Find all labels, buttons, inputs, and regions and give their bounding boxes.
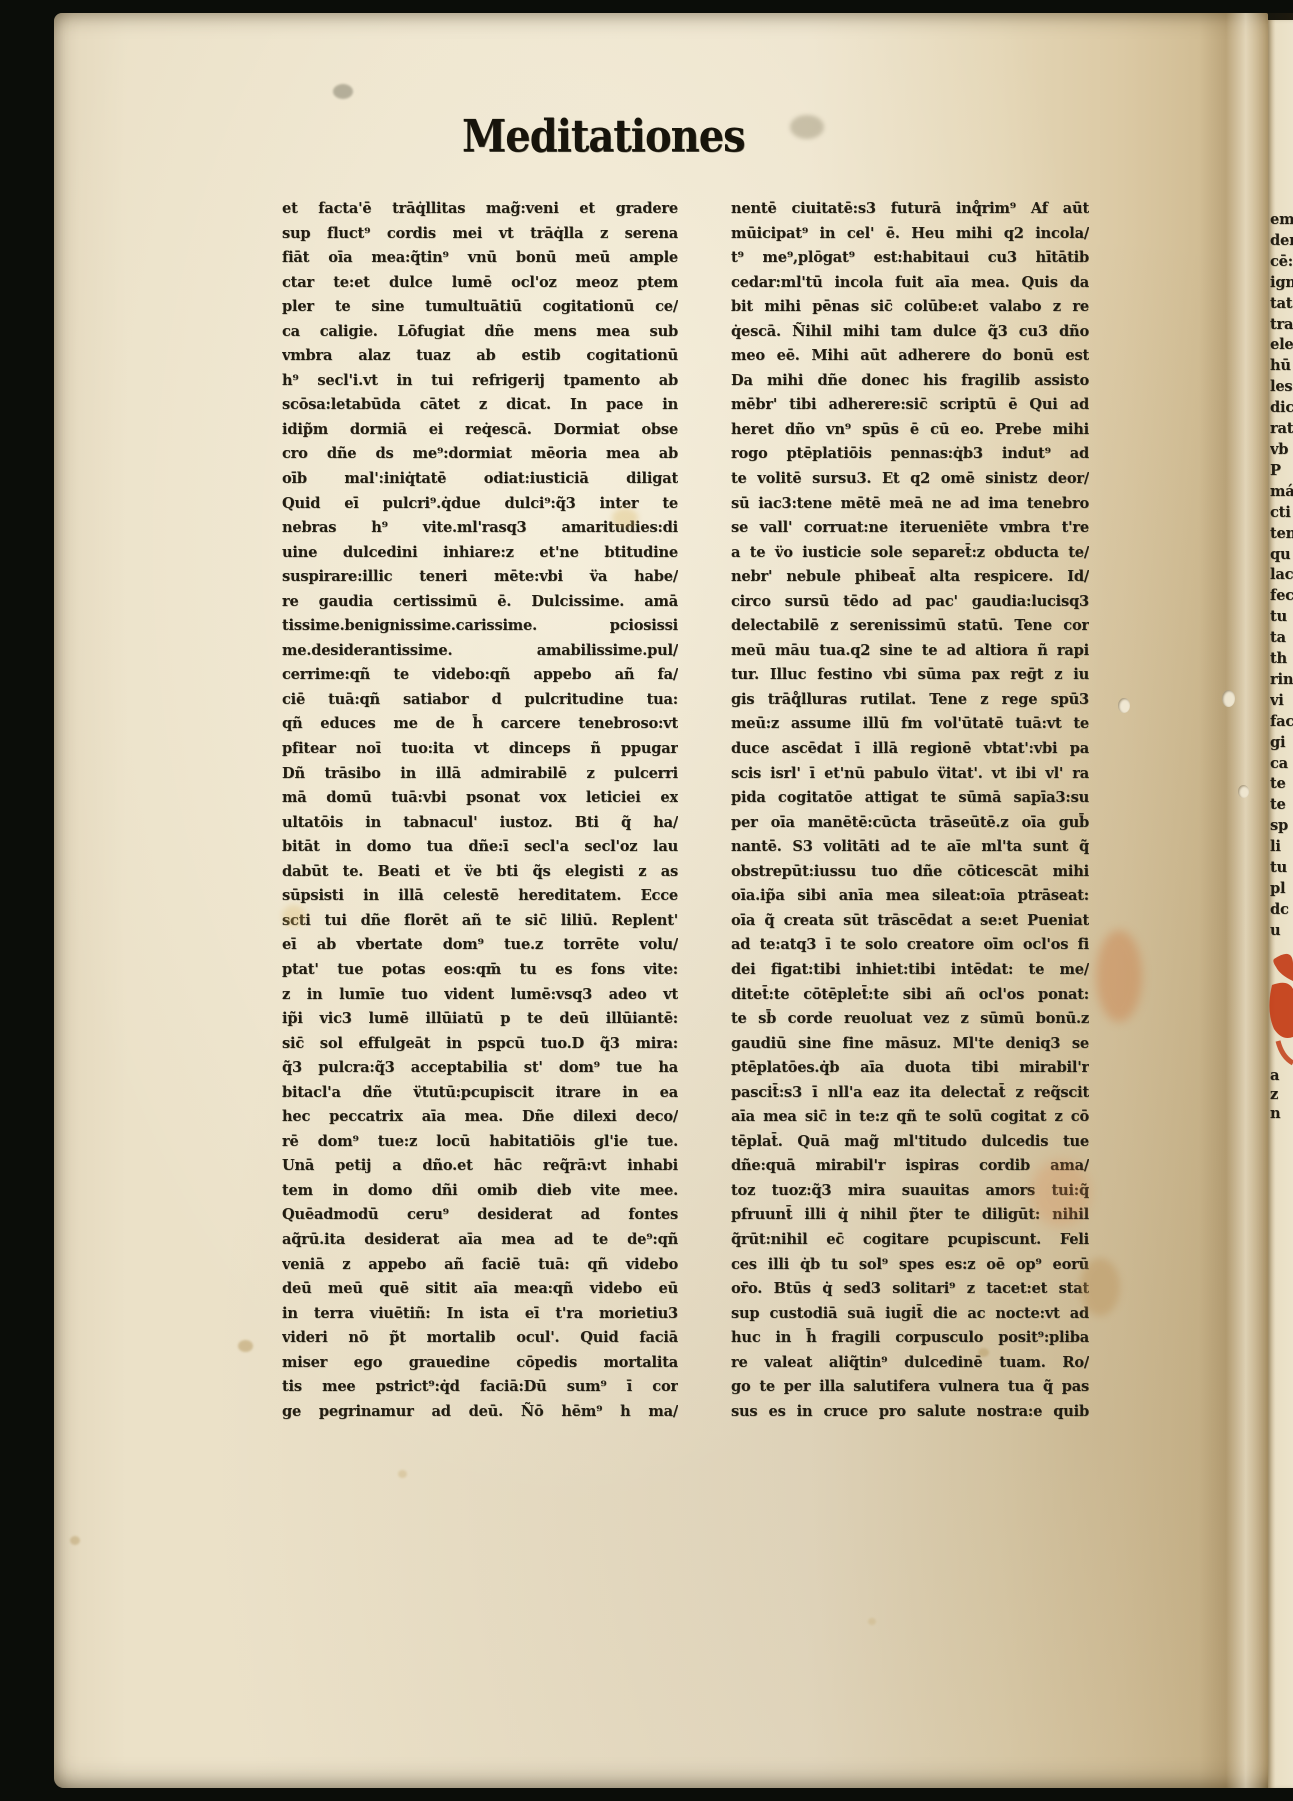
text-line: tem in domo dñi omib dieb vite mee.	[282, 1179, 678, 1204]
next-leaf-sliver: emdencē:igntattraelechūlesdicratvbPmácti…	[1268, 20, 1293, 1788]
text-line: uine dulcedini inhiare:z et'ne btitudine	[282, 541, 678, 566]
text-line: cē:	[1270, 252, 1293, 273]
text-line: nebr' nebule phibeat̄ alta respicere. Id…	[731, 565, 1089, 590]
text-line: ta	[1270, 628, 1293, 649]
next-leaf-fragments-upper: emdencē:igntattraelechūlesdicratvbPmácti…	[1270, 210, 1293, 942]
text-line: a	[1270, 1066, 1293, 1085]
text-line: obstrepūt:iussu tuo dñe cōticescāt mihi	[731, 860, 1089, 885]
text-line: or̄o. Btūs q̇ sed3 solitari⁹ z tacet:et …	[731, 1277, 1089, 1302]
text-line: lac	[1270, 565, 1293, 586]
text-line: te sb̄ corde reuoluat vez z sūmū bonū.z	[731, 1007, 1089, 1032]
text-line: duce ascēdat ī illā regionē vbtat':vbi p…	[731, 737, 1089, 762]
text-line: tu	[1270, 607, 1293, 628]
text-line: vb	[1270, 440, 1293, 461]
text-line: dñe:quā mirabil'r ispiras cordib ama/	[731, 1154, 1089, 1179]
text-line: meū:z assume illū fm vol'ūtatē tuā:vt te	[731, 712, 1089, 737]
text-line: ces illi q̇b tu sol⁹ spes es:z oē op⁹ eo…	[731, 1253, 1089, 1278]
text-line: tra	[1270, 315, 1293, 336]
text-line: deū meū quē sitit aīa mea:qñ videbo eū	[282, 1277, 678, 1302]
text-line: hū	[1270, 356, 1293, 377]
text-line: cro dñe ds me⁹:dormiat mēoria mea ab	[282, 442, 678, 467]
text-line: ptēplatōes.q̇b aīa duota tibi mirabil'r	[731, 1056, 1089, 1081]
text-line: qu	[1270, 545, 1293, 566]
text-line: sus es in cruce pro salute nostra:e quib	[731, 1400, 1089, 1425]
text-line: go te per illa salutifera vulnera tua q̃…	[731, 1375, 1089, 1400]
text-line: tat	[1270, 294, 1293, 315]
text-line: vi	[1270, 691, 1293, 712]
text-line: pida cogitatōe attigat te sūmā sapīa3:su	[731, 786, 1089, 811]
text-line: tur. Illuc festino vbi sūma pax reḡt z i…	[731, 663, 1089, 688]
text-line: les	[1270, 377, 1293, 398]
text-line: rat	[1270, 419, 1293, 440]
text-line: nebras h⁹ vite.ml'rasq3 amaritudies:di	[282, 516, 678, 541]
text-line: bitacl'a dñe v̈tutū:pcupiscit itrare in …	[282, 1081, 678, 1106]
text-line: P	[1270, 461, 1293, 482]
text-line: sūpsisti in illā celestē hereditatem. Ec…	[282, 884, 678, 909]
text-line: em	[1270, 210, 1293, 231]
text-line: h⁹ secl'i.vt in tui refrigerij tpamento …	[282, 369, 678, 394]
text-line: tu	[1270, 858, 1293, 879]
text-line: ca caligie. Lōfugiat dñe mens mea sub	[282, 320, 678, 345]
text-line: meū māu tua.q2 sine te ad altiora ñ rapi	[731, 639, 1089, 664]
text-line: per oīa manētē:cūcta trāseūtē.z oīa gub̄	[731, 811, 1089, 836]
text-line: aq̃rū.ita desiderat aīa mea ad te de⁹:qñ	[282, 1228, 678, 1253]
text-line: miser ego grauedine cōpedis mortalita	[282, 1351, 678, 1376]
text-line: hec peccatrix aīa mea. Dñe dilexi deco/	[282, 1105, 678, 1130]
text-line: vmbra alaz tuaz ab estib cogitationū	[282, 344, 678, 369]
text-line: scōsa:letabūda cātet z dicat. In pace in	[282, 393, 678, 418]
text-line: suspirare:illic teneri mēte:vbi v̈a habe…	[282, 565, 678, 590]
text-line: oīb mal':iniq̇tatē odiat:iusticiā diliga…	[282, 467, 678, 492]
text-line: nantē. S3 volitāti ad te aīe ml'ta sunt …	[731, 835, 1089, 860]
text-line: Unā petij a dño.et hāc req̃rā:vt inhabi	[282, 1154, 678, 1179]
text-line: toz tuoz:q̃3 mira suauitas amors tui:q̃	[731, 1179, 1089, 1204]
text-column-right: nentē ciuitatē:s3 futurā inq̊rim⁹ Af aūt…	[731, 197, 1089, 1424]
text-line: re valeat aliq̃tin⁹ dulcedinē tuam. Ro/	[731, 1351, 1089, 1376]
text-line: te	[1270, 795, 1293, 816]
text-line: t⁹ me⁹,plōgat⁹ est:habitaui cu3 hītātib	[731, 246, 1089, 271]
text-line: huc in h̄ fragili corpusculo posit⁹:plib…	[731, 1326, 1089, 1351]
text-line: ign	[1270, 273, 1293, 294]
text-line: cerrime:qñ te videbo:qñ appebo añ fa/	[282, 663, 678, 688]
text-line: dabūt te. Beati et v̈e bti q̃s elegisti …	[282, 860, 678, 885]
text-line: q̃3 pulcra:q̃3 acceptabilia st' dom⁹ tue…	[282, 1056, 678, 1081]
text-line: meo eē. Mihi aūt adherere do bonū est	[731, 344, 1089, 369]
text-line: ultatōis in tabnacul' iustoz. Bti q̃ ha/	[282, 811, 678, 836]
photo-of-incunable-page: { "page": { "title": "Meditationes", "co…	[0, 0, 1293, 1801]
text-line: tēplat̄. Quā mag̃ ml'titudo dulcedis tue	[731, 1130, 1089, 1155]
text-line: in terra viuētiñ: In ista eī t'ra moriet…	[282, 1302, 678, 1327]
text-line: rogo ptēplatiōis pennas:q̇b3 indut⁹ ad	[731, 442, 1089, 467]
text-line: pler te sine tumultuātiū cogitationū ce/	[282, 295, 678, 320]
text-line: ge pegrinamur ad deū. Ñō hēm⁹ h ma/	[282, 1400, 678, 1425]
text-line: cti	[1270, 503, 1293, 524]
text-line: z in lumīe tuo vident lumē:vsq3 adeo vt	[282, 983, 678, 1008]
text-line: rē dom⁹ tue:z locū habitatiōis gl'ie tue…	[282, 1130, 678, 1155]
text-line: se vall' corruat:ne iterueniēte vmbra t'…	[731, 516, 1089, 541]
text-line: sup fluct⁹ cordis mei vt trāq̇lla z sere…	[282, 222, 678, 247]
text-line: aīa mea sic̄ in te:z qñ te solū cogitat …	[731, 1105, 1089, 1130]
text-line: re gaudia certissimū ē. Dulcissime. amā	[282, 590, 678, 615]
text-line: Dñ trāsibo in illā admirabilē z pulcerri	[282, 762, 678, 787]
text-line: ctar te:et dulce lumē ocl'oz meoz ptem	[282, 271, 678, 296]
text-line: eī ab vbertate dom⁹ tue.z torrēte volu/	[282, 933, 678, 958]
text-line: elec	[1270, 335, 1293, 356]
text-line: tissime.benignissime.carissime. pciosiss…	[282, 614, 678, 639]
text-line: pfruunt̄ illi q̇ nihil p̃ter te diligūt:…	[731, 1203, 1089, 1228]
text-line: z	[1270, 1085, 1293, 1104]
text-line: fac	[1270, 712, 1293, 733]
text-line: Quid eī pulcri⁹.q̇due dulci⁹:q̃3 inter t…	[282, 492, 678, 517]
red-lombard-initial	[1268, 945, 1293, 1075]
text-line: li	[1270, 837, 1293, 858]
text-line: fec	[1270, 586, 1293, 607]
text-line: nentē ciuitatē:s3 futurā inq̊rim⁹ Af aūt	[731, 197, 1089, 222]
text-line: th	[1270, 649, 1293, 670]
text-line: dei figat:tibi inhiet:tibi intēdat: te m…	[731, 958, 1089, 983]
text-line: n	[1270, 1104, 1293, 1123]
text-line: dic	[1270, 398, 1293, 419]
text-line: pascit̄:s3 ī nll'a eaz ita delectat̄ z r…	[731, 1081, 1089, 1106]
text-line: sp	[1270, 816, 1293, 837]
text-line: q̃rūt:nihil ec̄ cogitare pcupiscunt. Fel…	[731, 1228, 1089, 1253]
text-line: tis mee pstrict⁹:q̇d faciā:Dū sum⁹ ī cor	[282, 1375, 678, 1400]
text-column-left: et facta'ē trāq̇llitas mag̃:veni et grad…	[282, 197, 678, 1424]
text-line: fiāt oīa mea:q̃tin⁹ vnū bonū meū ample	[282, 246, 678, 271]
page-title: Meditationes	[462, 110, 722, 164]
text-line: veniā z appebo añ faciē tuā: qñ videbo	[282, 1253, 678, 1278]
text-line: pfitear noī tuo:ita vt dinceps ñ ppugar	[282, 737, 678, 762]
text-line: bitāt in domo tua dñe:ī secl'a secl'oz l…	[282, 835, 678, 860]
text-line: mā domū tuā:vbi psonat vox leticiei ex	[282, 786, 678, 811]
text-line: má	[1270, 482, 1293, 503]
text-line: et facta'ē trāq̇llitas mag̃:veni et grad…	[282, 197, 678, 222]
next-leaf-fragments-lower: azn	[1270, 1066, 1293, 1123]
text-line: den	[1270, 231, 1293, 252]
text-line: ten	[1270, 524, 1293, 545]
text-line: cedar:ml'tū incola fuit aīa mea. Quis da	[731, 271, 1089, 296]
text-line: gaudiū sine fine māsuz. Ml'te deniq3 se	[731, 1032, 1089, 1057]
text-line: ptat' tue potas eos:qm̄ tu es fons vite:	[282, 958, 678, 983]
text-line: mēbr' tibi adherere:sic̄ scriptū ē Qui a…	[731, 393, 1089, 418]
text-line: scti tui dñe florēt añ te sic̄ liliū. Re…	[282, 909, 678, 934]
text-line: sup custodiā suā iugit̄ die ac nocte:vt …	[731, 1302, 1089, 1327]
text-line: mūicipat⁹ in cel' ē. Heu mihi q2 incola/	[731, 222, 1089, 247]
text-line: qñ educes me de h̄ carcere tenebroso:vt	[282, 712, 678, 737]
text-line: bit mihi pēnas sic̄ colūbe:et valabo z r…	[731, 295, 1089, 320]
text-line: scis isrl' ī et'nū pabulo v̈itat'. vt ib…	[731, 762, 1089, 787]
text-line: oīa.ip̃a sibi anīa mea sileat:oīa ptrāse…	[731, 884, 1089, 909]
text-line: gis trāq̊lluras rutilat. Tene z rege spū…	[731, 688, 1089, 713]
text-line: sic̄ sol effulgeāt in pspcū tuo.D q̃3 mi…	[282, 1032, 678, 1057]
text-line: gi	[1270, 733, 1293, 754]
text-line: Da mihi dñe donec his fragilib assisto	[731, 369, 1089, 394]
text-line: ip̃i vic3 lumē illūiatū p te deū illūian…	[282, 1007, 678, 1032]
text-line: ad te:atq3 ī te solo creatore oīm ocl'os…	[731, 933, 1089, 958]
text-line: q̇escā. Ñihil mihi tam dulce q̃3 cu3 dño	[731, 320, 1089, 345]
text-line: delectabilē z serenissimū statū. Tene co…	[731, 614, 1089, 639]
text-line: ditet̄:te cōtēplet̄:te sibi añ ocl'os po…	[731, 983, 1089, 1008]
text-line: te volitē sursu3. Et q2 omē sinistz deor…	[731, 467, 1089, 492]
text-line: videri nō p̃t mortalib ocul'. Quid faciā	[282, 1326, 678, 1351]
text-line: circo sursū tēdo ad pac' gaudia:lucisq3	[731, 590, 1089, 615]
text-line: pl	[1270, 879, 1293, 900]
text-line: oīa q̃ creata sūt trāscēdat a se:et Puen…	[731, 909, 1089, 934]
text-line: dc	[1270, 900, 1293, 921]
text-line: rin	[1270, 670, 1293, 691]
text-line: te	[1270, 774, 1293, 795]
text-line: idip̃m dormiā ei req̇escā. Dormiat obse	[282, 418, 678, 443]
text-line: a te v̈o iusticie sole separet̄:z obduct…	[731, 541, 1089, 566]
text-line: u	[1270, 921, 1293, 942]
text-line: Quēadmodū ceru⁹ desiderat ad fontes	[282, 1203, 678, 1228]
text-line: ciē tuā:qñ satiabor d pulcritudine tua:	[282, 688, 678, 713]
text-line: ca	[1270, 754, 1293, 775]
text-line: heret dño vn⁹ spūs ē cū eo. Prebe mihi	[731, 418, 1089, 443]
text-line: sū iac3:tene mētē meā ne ad ima tenebro	[731, 492, 1089, 517]
text-line: me.desiderantissime. amabilissime.pul/	[282, 639, 678, 664]
